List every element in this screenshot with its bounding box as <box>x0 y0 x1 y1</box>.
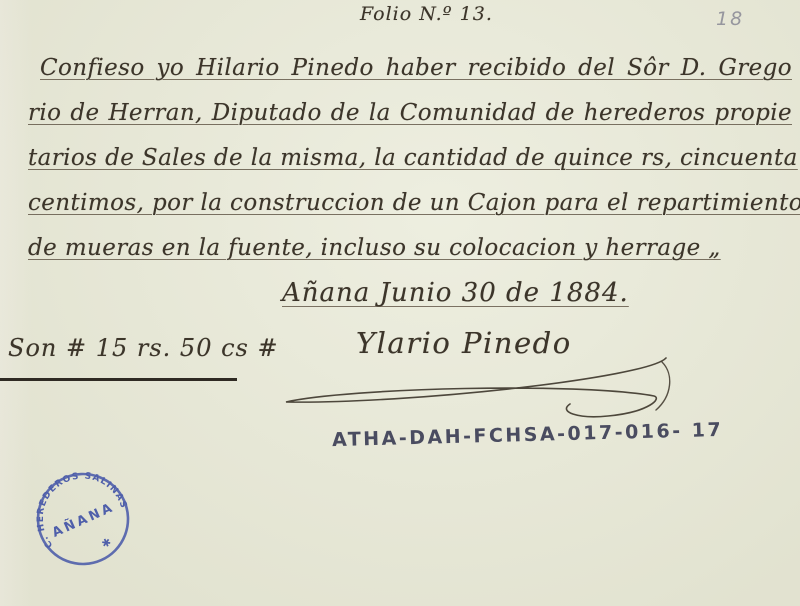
body-line-2: rio de Herran, Diputado de la Comunidad … <box>28 91 792 136</box>
pencil-page-number: 18 <box>716 8 744 30</box>
folio-header: Folio N.º 13. <box>360 3 493 25</box>
body-line-4: centimos, por la construccion de un Cajo… <box>28 181 792 226</box>
scanned-receipt-page: Folio N.º 13. 18 Confieso yo Hilario Pin… <box>0 0 800 606</box>
amount-line: Son # 15 rs. 50 cs # <box>8 334 279 362</box>
amount-underline <box>0 378 237 381</box>
body-line-1: Confieso yo Hilario Pinedo haber recibid… <box>28 46 792 91</box>
stamp-center-text: AÑANA <box>50 499 118 541</box>
signature-flourish <box>258 352 698 430</box>
receipt-body: Confieso yo Hilario Pinedo haber recibid… <box>28 46 792 271</box>
body-line-3: tarios de Sales de la misma, la cantidad… <box>28 136 792 181</box>
stamp-star-symbol: ✱ <box>100 535 114 551</box>
herederos-salinas-stamp: C. HEREDEROS SALINAS AÑANA ✱ <box>24 460 142 578</box>
body-line-5: de mueras en la fuente, incluso su coloc… <box>28 226 792 271</box>
dateline: Añana Junio 30 de 1884. <box>282 278 629 308</box>
